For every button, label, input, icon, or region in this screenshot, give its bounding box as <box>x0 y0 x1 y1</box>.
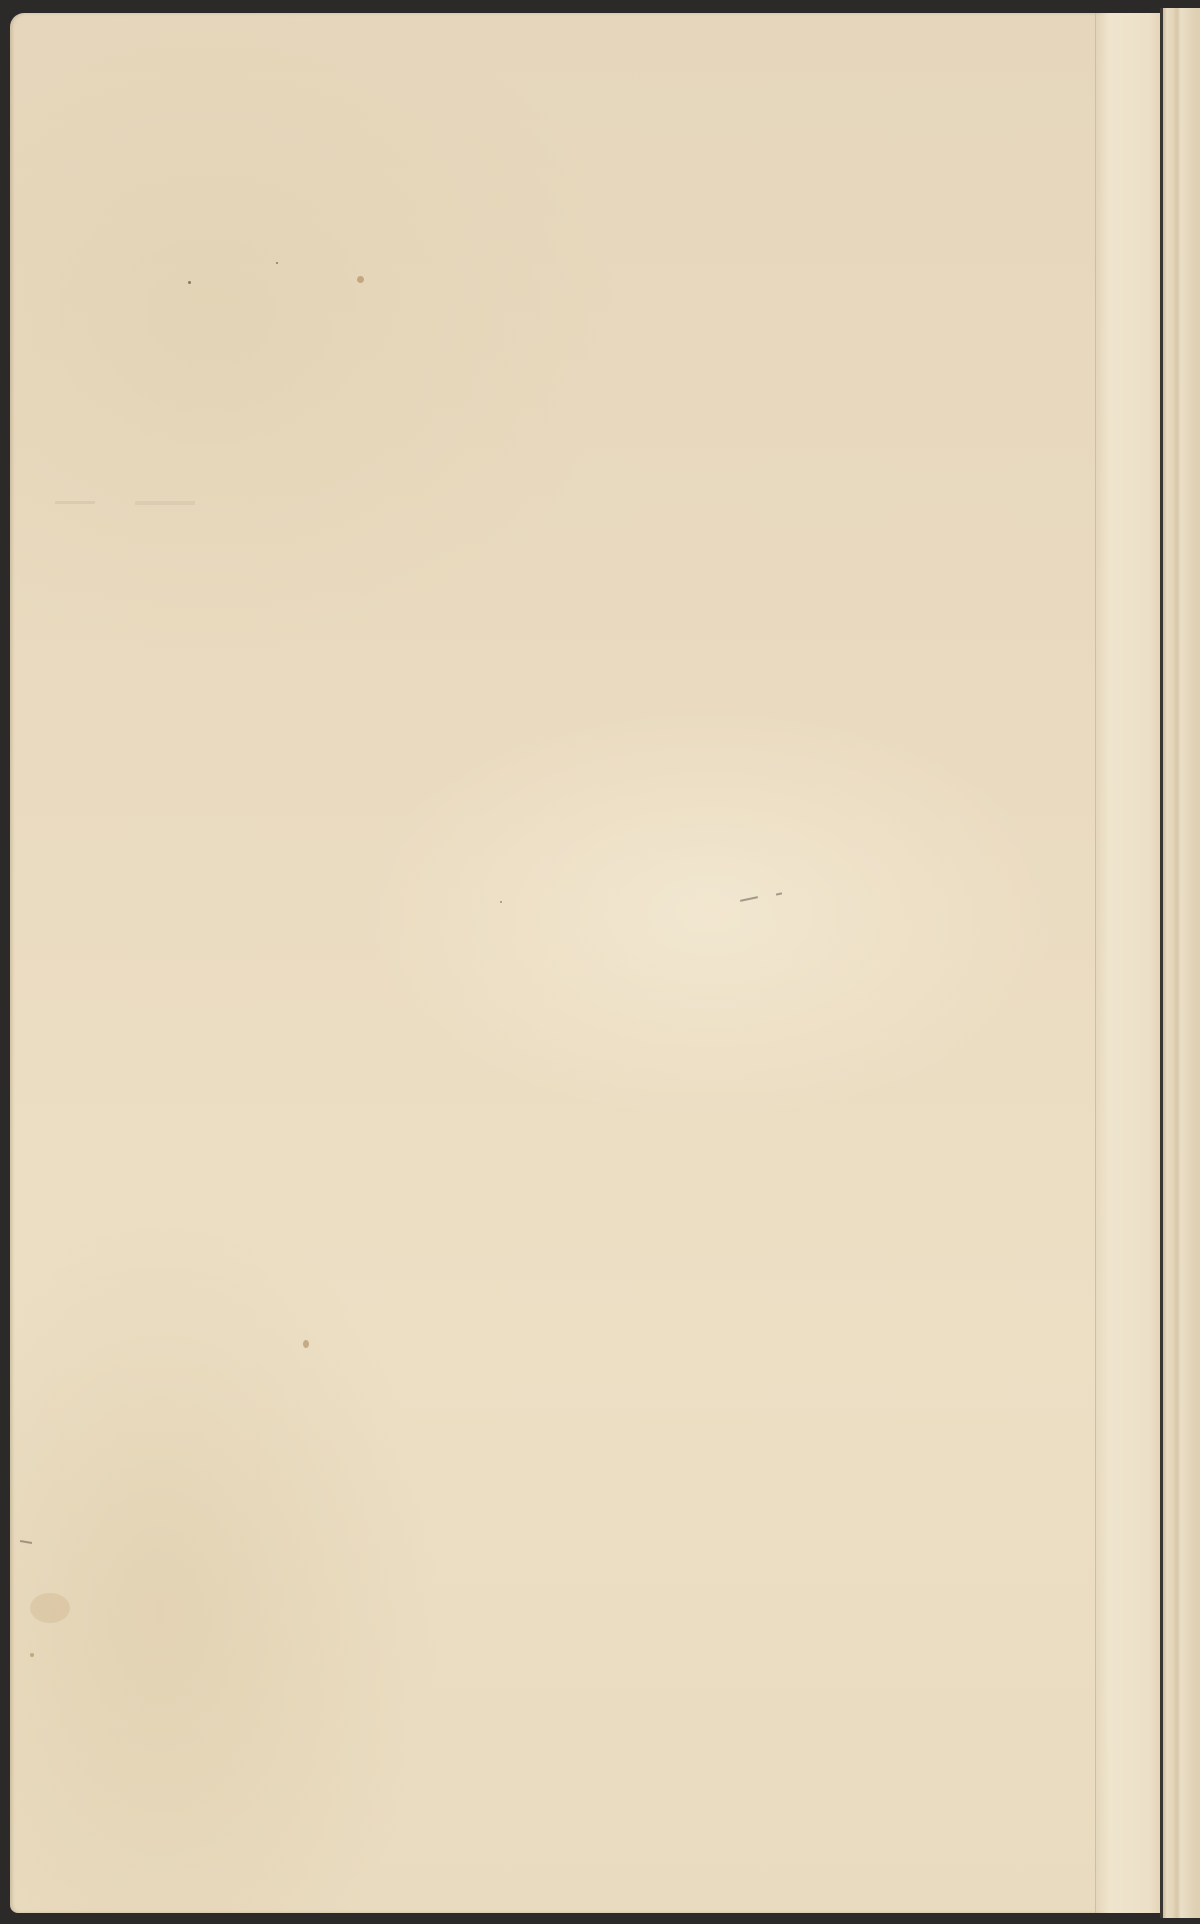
pencil-mark <box>776 892 782 895</box>
book-gutter-edge <box>1160 8 1200 1918</box>
blank-paper-page <box>10 13 1158 1913</box>
foxing-spot <box>276 262 278 264</box>
foxing-spot <box>30 1653 34 1657</box>
foxing-spot <box>188 281 191 284</box>
pencil-mark <box>55 501 95 504</box>
foxing-spot <box>357 276 364 283</box>
pencil-mark <box>135 501 195 505</box>
page-fold-strip <box>1095 13 1162 1913</box>
foxing-spot <box>500 901 502 903</box>
pencil-mark <box>20 1540 32 1544</box>
foxing-spot <box>303 1340 309 1348</box>
pencil-mark <box>740 896 758 902</box>
foxing-spot <box>30 1593 70 1623</box>
